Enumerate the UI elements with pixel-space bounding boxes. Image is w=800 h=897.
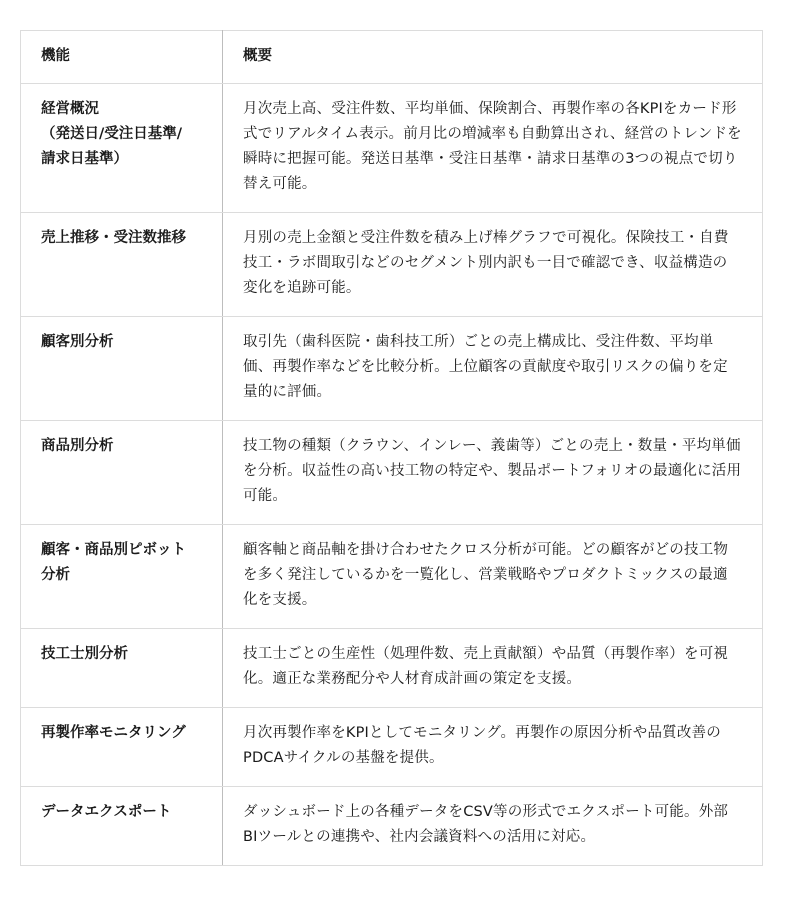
table-body: 経営概況 （発送日/受注日基準/ 請求日基準） 月次売上高、受注件数、平均単価、…	[21, 84, 763, 866]
table-row: 技工士別分析 技工士ごとの生産性（処理件数、売上貢献額）や品質（再製作率）を可視…	[21, 629, 763, 708]
feature-summary-cell: 月別の売上金額と受注件数を積み上げ棒グラフで可視化。保険技工・自費技工・ラボ間取…	[223, 213, 763, 317]
feature-name-cell: 商品別分析	[21, 421, 223, 525]
table-row: 再製作率モニタリング 月次再製作率をKPIとしてモニタリング。再製作の原因分析や…	[21, 708, 763, 787]
feature-summary-cell: 顧客軸と商品軸を掛け合わせたクロス分析が可能。どの顧客がどの技工物を多く発注して…	[223, 525, 763, 629]
feature-name-cell: 再製作率モニタリング	[21, 708, 223, 787]
feature-overview-table: 機能 概要 経営概況 （発送日/受注日基準/ 請求日基準） 月次売上高、受注件数…	[20, 30, 763, 866]
feature-summary-cell: 技工物の種類（クラウン、インレー、義歯等）ごとの売上・数量・平均単価を分析。収益…	[223, 421, 763, 525]
table-row: 顧客別分析 取引先（歯科医院・歯科技工所）ごとの売上構成比、受注件数、平均単価、…	[21, 317, 763, 421]
feature-summary-cell: 技工士ごとの生産性（処理件数、売上貢献額）や品質（再製作率）を可視化。適正な業務…	[223, 629, 763, 708]
table-row: 売上推移・受注数推移 月別の売上金額と受注件数を積み上げ棒グラフで可視化。保険技…	[21, 213, 763, 317]
feature-name-cell: 売上推移・受注数推移	[21, 213, 223, 317]
feature-summary-cell: 取引先（歯科医院・歯科技工所）ごとの売上構成比、受注件数、平均単価、再製作率など…	[223, 317, 763, 421]
feature-name-cell: 顧客・商品別ピボット 分析	[21, 525, 223, 629]
feature-name-cell: 技工士別分析	[21, 629, 223, 708]
table-row: データエクスポート ダッシュボード上の各種データをCSV等の形式でエクスポート可…	[21, 787, 763, 866]
feature-summary-cell: 月次売上高、受注件数、平均単価、保険割合、再製作率の各KPIをカード形式でリアル…	[223, 84, 763, 213]
header-feature: 機能	[21, 31, 223, 84]
table-row: 商品別分析 技工物の種類（クラウン、インレー、義歯等）ごとの売上・数量・平均単価…	[21, 421, 763, 525]
feature-summary-cell: 月次再製作率をKPIとしてモニタリング。再製作の原因分析や品質改善のPDCAサイ…	[223, 708, 763, 787]
header-row: 機能 概要	[21, 31, 763, 84]
feature-name-cell: 経営概況 （発送日/受注日基準/ 請求日基準）	[21, 84, 223, 213]
table-row: 経営概況 （発送日/受注日基準/ 請求日基準） 月次売上高、受注件数、平均単価、…	[21, 84, 763, 213]
feature-name-cell: データエクスポート	[21, 787, 223, 866]
table-row: 顧客・商品別ピボット 分析 顧客軸と商品軸を掛け合わせたクロス分析が可能。どの顧…	[21, 525, 763, 629]
table-header: 機能 概要	[21, 31, 763, 84]
feature-name-cell: 顧客別分析	[21, 317, 223, 421]
feature-summary-cell: ダッシュボード上の各種データをCSV等の形式でエクスポート可能。外部BIツールと…	[223, 787, 763, 866]
header-summary: 概要	[223, 31, 763, 84]
